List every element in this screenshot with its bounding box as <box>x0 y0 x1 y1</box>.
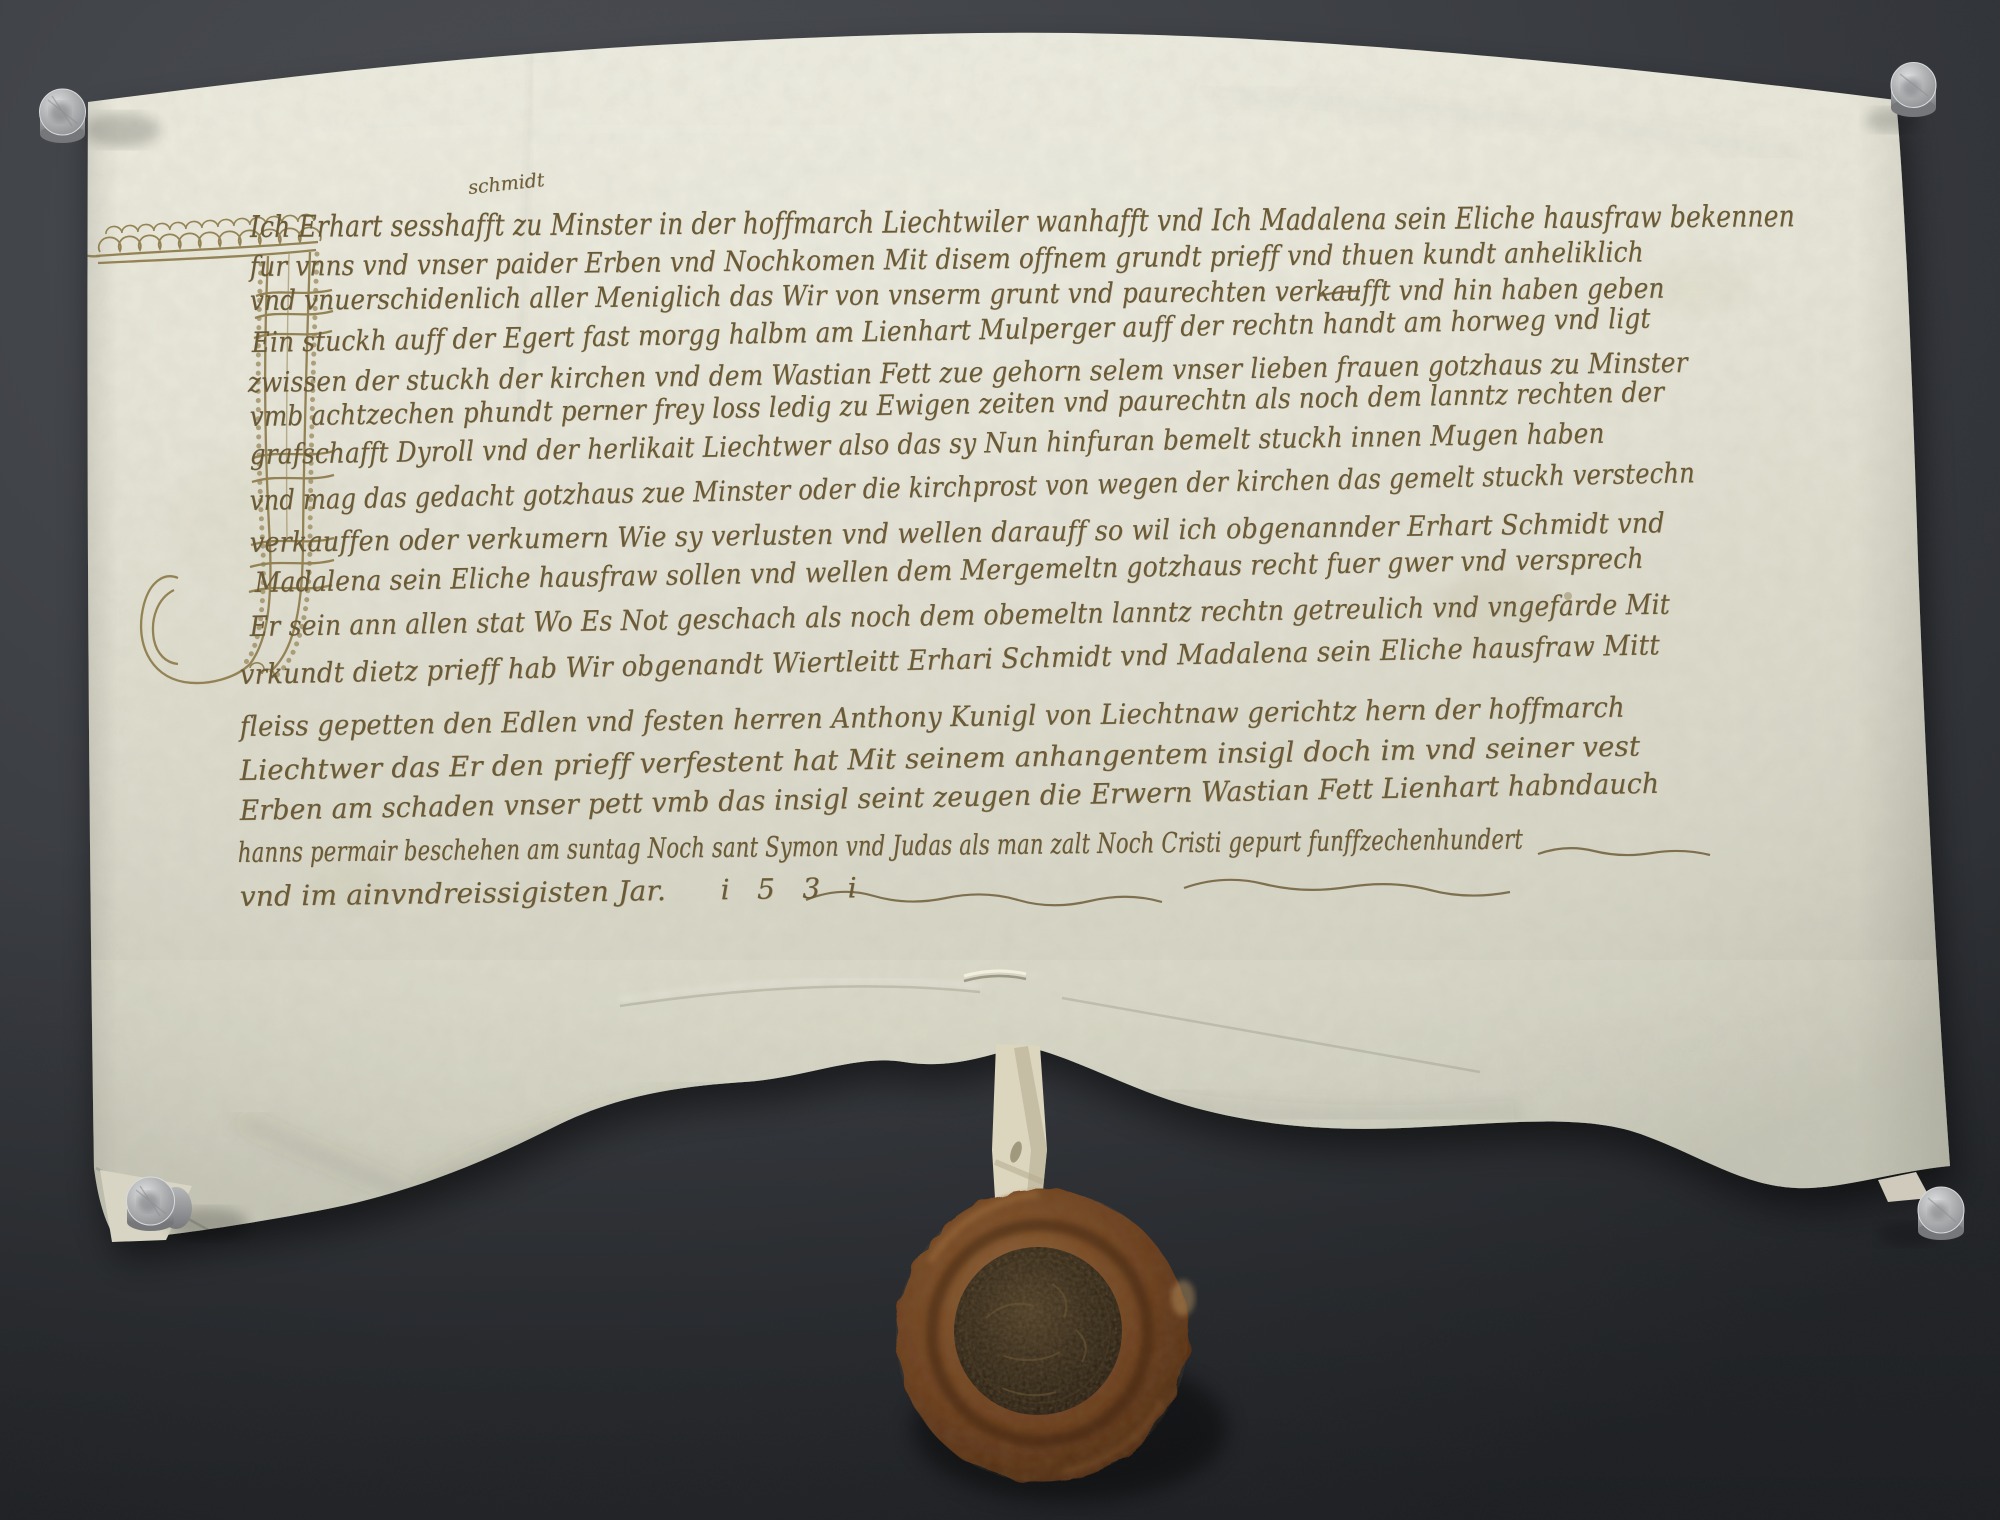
photograph-scene: schmidt Ich Erhart sesshafft zu Minster … <box>0 0 2000 1520</box>
manuscript-line-16: hanns permair beschehen am suntag Noch s… <box>238 823 1523 869</box>
manuscript-text-layer: schmidt Ich Erhart sesshafft zu Minster … <box>0 0 2000 1520</box>
manuscript-line-17: vnd im ainvndreissigisten Jar. i 5 3 i <box>240 871 858 913</box>
superscript-insertion: schmidt <box>467 169 545 199</box>
